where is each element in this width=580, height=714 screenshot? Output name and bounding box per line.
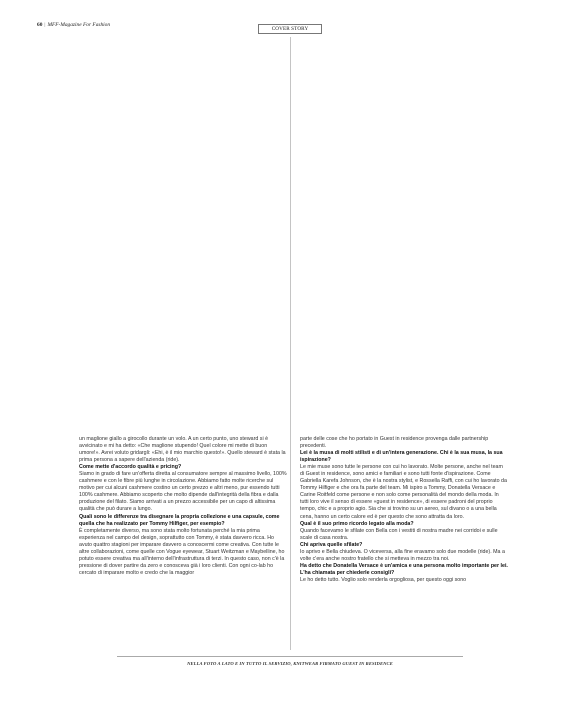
- footer-rule: [117, 656, 463, 657]
- answer-paragraph: Le ho detto tutto. Voglio solo renderla …: [300, 577, 508, 584]
- left-column: un maglione giallo a girocollo durante u…: [79, 436, 287, 577]
- interview-question: Come mette d'accordo qualità e pricing?: [79, 464, 287, 471]
- answer-paragraph: È completamente diverso, ma sono stata m…: [79, 528, 287, 577]
- interview-question: Ha detto che Donatella Versace è un'amic…: [300, 563, 508, 577]
- answer-paragraph: Le mie muse sono tutte le persone con cu…: [300, 464, 508, 520]
- section-label: COVER STORY: [258, 24, 322, 34]
- answer-paragraph: parte delle cose che ho portato in Guest…: [300, 436, 508, 450]
- interview-question: Quali sono le differenze tra disegnare l…: [79, 514, 287, 528]
- photo-caption: NELLA FOTO A LATO E IN TUTTO IL SERVIZIO…: [0, 661, 580, 666]
- page-folio: 60|MFF-Magazine For Fashion: [37, 22, 110, 28]
- interview-question: Chi apriva quelle sfilate?: [300, 542, 508, 549]
- magazine-name: MFF-Magazine For Fashion: [47, 22, 110, 28]
- interview-question: Qual è il suo primo ricordo legato alla …: [300, 521, 508, 528]
- column-divider: [290, 37, 291, 650]
- right-column: parte delle cose che ho portato in Guest…: [300, 436, 508, 584]
- interview-question: Lei è la musa di molti stilisti e di un'…: [300, 450, 508, 464]
- page-number: 60: [37, 22, 42, 28]
- answer-paragraph: Io aprivo e Bella chiudeva. O viceversa,…: [300, 549, 508, 563]
- folio-separator: |: [44, 22, 45, 28]
- answer-paragraph: Quando facevamo le sfilate con Bella con…: [300, 528, 508, 542]
- answer-paragraph: Siamo in grado di fare un'offerta dirett…: [79, 471, 287, 513]
- answer-paragraph: un maglione giallo a girocollo durante u…: [79, 436, 287, 464]
